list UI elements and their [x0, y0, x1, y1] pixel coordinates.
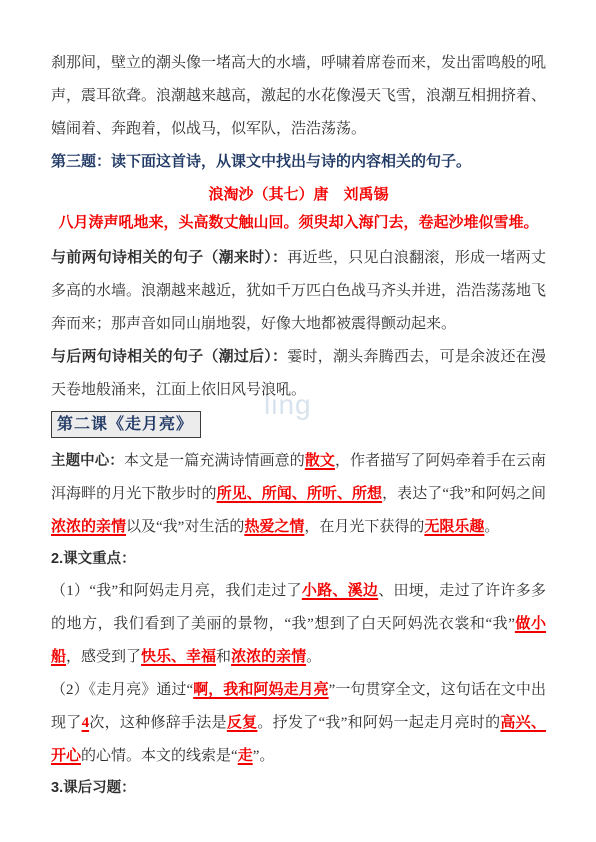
- lesson-title-box: 第二课《走月亮》: [51, 411, 201, 438]
- body: 主题中心：本文是一篇充满诗情画意的散文，作者描写了阿妈牵着手在云南洱海畔的月光下…: [51, 445, 546, 544]
- text-run: 和: [216, 649, 231, 665]
- text-run: 浪淘沙（其七）唐 刘禹锡: [208, 187, 388, 203]
- document-page: ling 刹那间，壁立的潮头像一堵高大的水墙，呼啸着席卷而来，发出雷鸣般的吼声，…: [0, 0, 596, 842]
- text-run: 所见、所闻、所听、所想: [217, 486, 383, 502]
- text-run: 与前两句诗相关的句子（潮来时）：: [51, 250, 287, 266]
- body: （2）《走月亮》通过“啊，我和阿妈走月亮”一句贯穿全文，这句话在文中出现了4次，…: [51, 674, 546, 773]
- text-run: 浓浓的亲情: [231, 649, 306, 665]
- text-run: 。抒发了“我”和阿妈一起走月亮时的: [257, 715, 500, 731]
- text-run: 散文: [305, 453, 335, 469]
- text-run: （1）“我”和阿妈走月亮，我们走过了: [51, 583, 302, 599]
- body: 刹那间，壁立的潮头像一堵高大的水墙，呼啸着席卷而来，发出雷鸣般的吼声，震耳欲聋。…: [51, 47, 546, 146]
- text-run: 第三题：读下面这首诗，从课文中找出与诗的内容相关的句子。: [51, 154, 471, 170]
- text-run: 啊，我和阿妈走月亮: [193, 682, 328, 698]
- text-run: 2.课文重点：: [51, 551, 136, 567]
- text-run: 快乐、幸福: [141, 649, 216, 665]
- text-run: 以及“我”对生活的: [126, 519, 244, 535]
- section-heading: 2.课文重点：: [51, 544, 546, 575]
- text-run: 本文是一篇充满诗情画意的: [124, 453, 305, 469]
- text-run: 小路、溪边: [302, 583, 378, 599]
- text-run: 主题中心：: [51, 453, 124, 469]
- poem-line: 八月涛声吼地来，头高数丈触山回。须臾却入海门去，卷起沙堆似雪堆。: [51, 209, 546, 237]
- text-run: ，感受到了: [66, 649, 141, 665]
- text-run: 走: [238, 748, 253, 764]
- text-run: 浓浓的亲情: [51, 519, 126, 535]
- text-run: 次，这种修辞手法是: [89, 715, 227, 731]
- text-run: 的心情。本文的线索是“: [81, 748, 238, 764]
- lesson-heading: 第二课《走月亮》: [51, 411, 546, 438]
- text-run: 4: [82, 715, 90, 731]
- text-run: 与后两句诗相关的句子（潮过后）：: [51, 349, 287, 365]
- text-run: （2）《走月亮》通过“: [51, 682, 193, 698]
- text-run: ”。: [253, 748, 275, 764]
- section-heading: 3.课后习题：: [51, 773, 546, 804]
- text-run: 无限乐趣: [424, 519, 484, 535]
- text-run: 八月涛声吼地来，头高数丈触山回。须臾却入海门去，卷起沙堆似雪堆。: [58, 215, 538, 231]
- text-run: ，在月光下获得的: [304, 519, 424, 535]
- text-run: 3.课后习题：: [51, 780, 136, 796]
- poem-title: 浪淘沙（其七）唐 刘禹锡: [51, 181, 546, 209]
- text-run: 。: [484, 519, 499, 535]
- document-body: 刹那间，壁立的潮头像一堵高大的水墙，呼啸着席卷而来，发出雷鸣般的吼声，震耳欲聋。…: [51, 47, 546, 804]
- body: （1）“我”和阿妈走月亮，我们走过了小路、溪边、田埂，走过了许许多多的地方，我们…: [51, 575, 546, 674]
- body: 与前两句诗相关的句子（潮来时）：再近些，只见白浪翻滚，形成一堵两丈多高的水墙。浪…: [51, 242, 546, 341]
- text-run: 反复: [227, 715, 258, 731]
- text-run: 刹那间，壁立的潮头像一堵高大的水墙，呼啸着席卷而来，发出雷鸣般的吼声，震耳欲聋。…: [51, 55, 546, 137]
- text-run: 。: [306, 649, 321, 665]
- blue-heading: 第三题：读下面这首诗，从课文中找出与诗的内容相关的句子。: [51, 146, 546, 179]
- text-run: ，表达了“我”和阿妈之间: [382, 486, 546, 502]
- body: 与后两句诗相关的句子（潮过后）：霎时，潮头奔腾西去，可是余波还在漫天卷地般涌来，…: [51, 341, 546, 407]
- text-run: 热爱之情: [244, 519, 304, 535]
- text-run: 第二课《走月亮》: [57, 416, 193, 433]
